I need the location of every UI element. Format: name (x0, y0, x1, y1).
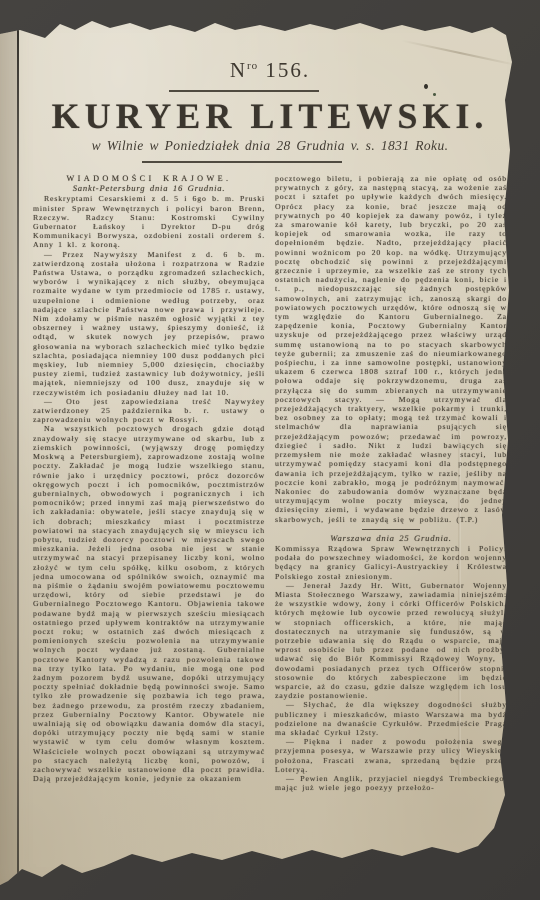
masthead-dateline: w Wilnie w Poniedziałek dnia 28 Grudnia … (0, 138, 540, 154)
issue-number-sup: ro (247, 60, 258, 72)
article-paragraph: — Oto jest zapowiedziana treść Naywyżey … (33, 397, 265, 425)
section-divider (362, 529, 420, 530)
article-dateline: Sankt-Petersburg dnia 16 Grudnia. (33, 184, 265, 193)
ink-speck (433, 93, 436, 96)
article-paragraph: — Przez Naywyższy Manifest z d. 6 b. m. … (33, 250, 265, 397)
article-paragraph: Kommissya Rządowa Spraw Wewnętrznych i P… (275, 544, 507, 581)
masthead: Nro 156. KURYER LITEWSKI. w Wilnie w Pon… (0, 0, 540, 163)
scan-background: Nro 156. KURYER LITEWSKI. w Wilnie w Pon… (0, 0, 540, 900)
article-paragraph: — Jenerał Jazdy Hr. Witt, Gubernator Woj… (275, 581, 507, 701)
ink-speck (424, 84, 428, 89)
article-paragraph: — Piękna i nader z powodu położenia sweg… (275, 737, 507, 774)
section-heading: WIADOMOŚCI KRAJOWE. (33, 174, 265, 183)
column-left: WIADOMOŚCI KRAJOWE.Sankt-Petersburg dnia… (33, 174, 265, 799)
column-right: pocztowego biletu, i pobierają za nie op… (275, 174, 507, 799)
masthead-rule-bottom (142, 161, 342, 163)
article-paragraph: — Pewien Anglik, przyjaciel niegdyś Trem… (275, 774, 507, 792)
issue-number: Nro 156. (0, 58, 540, 83)
newspaper-page: Nro 156. KURYER LITEWSKI. w Wilnie w Pon… (0, 0, 540, 900)
newspaper-title: KURYER LITEWSKI. (0, 95, 540, 137)
article-columns: WIADOMOŚCI KRAJOWE.Sankt-Petersburg dnia… (0, 163, 540, 799)
masthead-rule-top (169, 90, 319, 92)
article-paragraph: Na wszystkich pocztowych drogach gdzie d… (33, 424, 265, 783)
article-paragraph: — Słychać, że dla większey dogodności sł… (275, 700, 507, 737)
article-paragraph: pocztowego biletu, i pobierają za nie op… (275, 174, 507, 524)
issue-number-letter: N (230, 58, 247, 82)
article-dateline: Warszawa dnia 25 Grudnia. (275, 534, 507, 543)
issue-number-value: 156. (265, 58, 310, 82)
article-paragraph: Reskryptami Cesarskiemi z d. 5 i 6go b. … (33, 194, 265, 249)
